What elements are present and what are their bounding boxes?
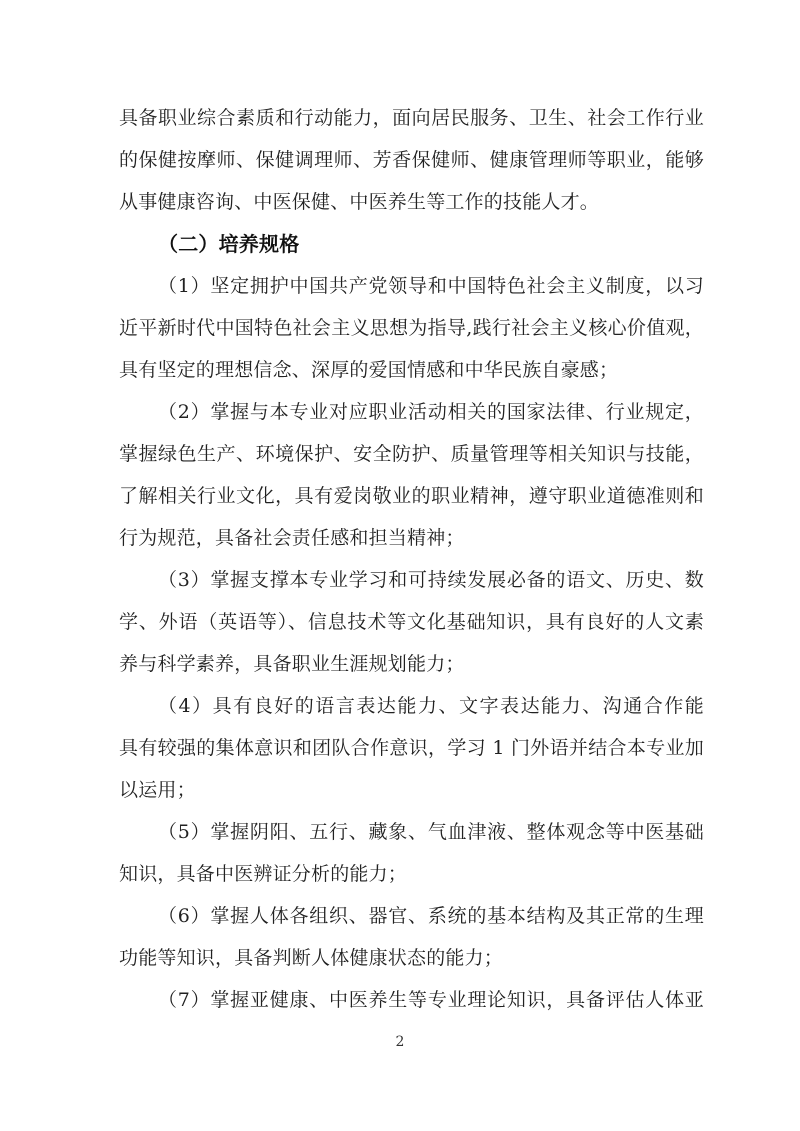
item-line: （1）坚定拥护中国共产党领导和中国特色社会主义制度，以习 [119,265,704,307]
item-line: 具有坚定的理想信念、深厚的爱国情感和中华民族自豪感； [119,349,704,391]
item-line: （4）具有良好的语言表达能力、文字表达能力、沟通合作能力， [119,685,704,727]
item-line: 了解相关行业文化，具有爱岗敬业的职业精神，遵守职业道德准则和 [119,475,704,517]
item-line: 以运用； [119,769,704,811]
document-page: 具备职业综合素质和行动能力，面向居民服务、卫生、社会工作行业 的保健按摩师、保健… [0,0,800,1131]
item-line: （2）掌握与本专业对应职业活动相关的国家法律、行业规定， [119,391,704,433]
item-line: 养与科学素养，具备职业生涯规划能力； [119,643,704,685]
item-line: （7）掌握亚健康、中医养生等专业理论知识，具备评估人体亚 [119,979,704,1021]
item-line: （3）掌握支撑本专业学习和可持续发展必备的语文、历史、数 [119,559,704,601]
intro-line: 的保健按摩师、保健调理师、芳香保健师、健康管理师等职业，能够 [119,139,704,181]
item-line: （6）掌握人体各组织、器官、系统的基本结构及其正常的生理 [119,895,704,937]
item-line: 具有较强的集体意识和团队合作意识，学习 1 门外语并结合本专业加 [119,727,704,769]
item-line: 功能等知识，具备判断人体健康状态的能力； [119,937,704,979]
section-heading: （二）培养规格 [119,223,704,265]
item-line: 学、外语（英语等）、信息技术等文化基础知识，具有良好的人文素 [119,601,704,643]
page-number: 2 [0,1034,800,1050]
item-line: 行为规范，具备社会责任感和担当精神； [119,517,704,559]
intro-line: 从事健康咨询、中医保健、中医养生等工作的技能人才。 [119,181,704,223]
item-line: （5）掌握阴阳、五行、藏象、气血津液、整体观念等中医基础 [119,811,704,853]
document-body: 具备职业综合素质和行动能力，面向居民服务、卫生、社会工作行业 的保健按摩师、保健… [119,97,704,1021]
item-line: 知识，具备中医辨证分析的能力； [119,853,704,895]
intro-line: 具备职业综合素质和行动能力，面向居民服务、卫生、社会工作行业 [119,97,704,139]
item-line: 近平新时代中国特色社会主义思想为指导,践行社会主义核心价值观， [119,307,704,349]
item-line: 掌握绿色生产、环境保护、安全防护、质量管理等相关知识与技能， [119,433,704,475]
